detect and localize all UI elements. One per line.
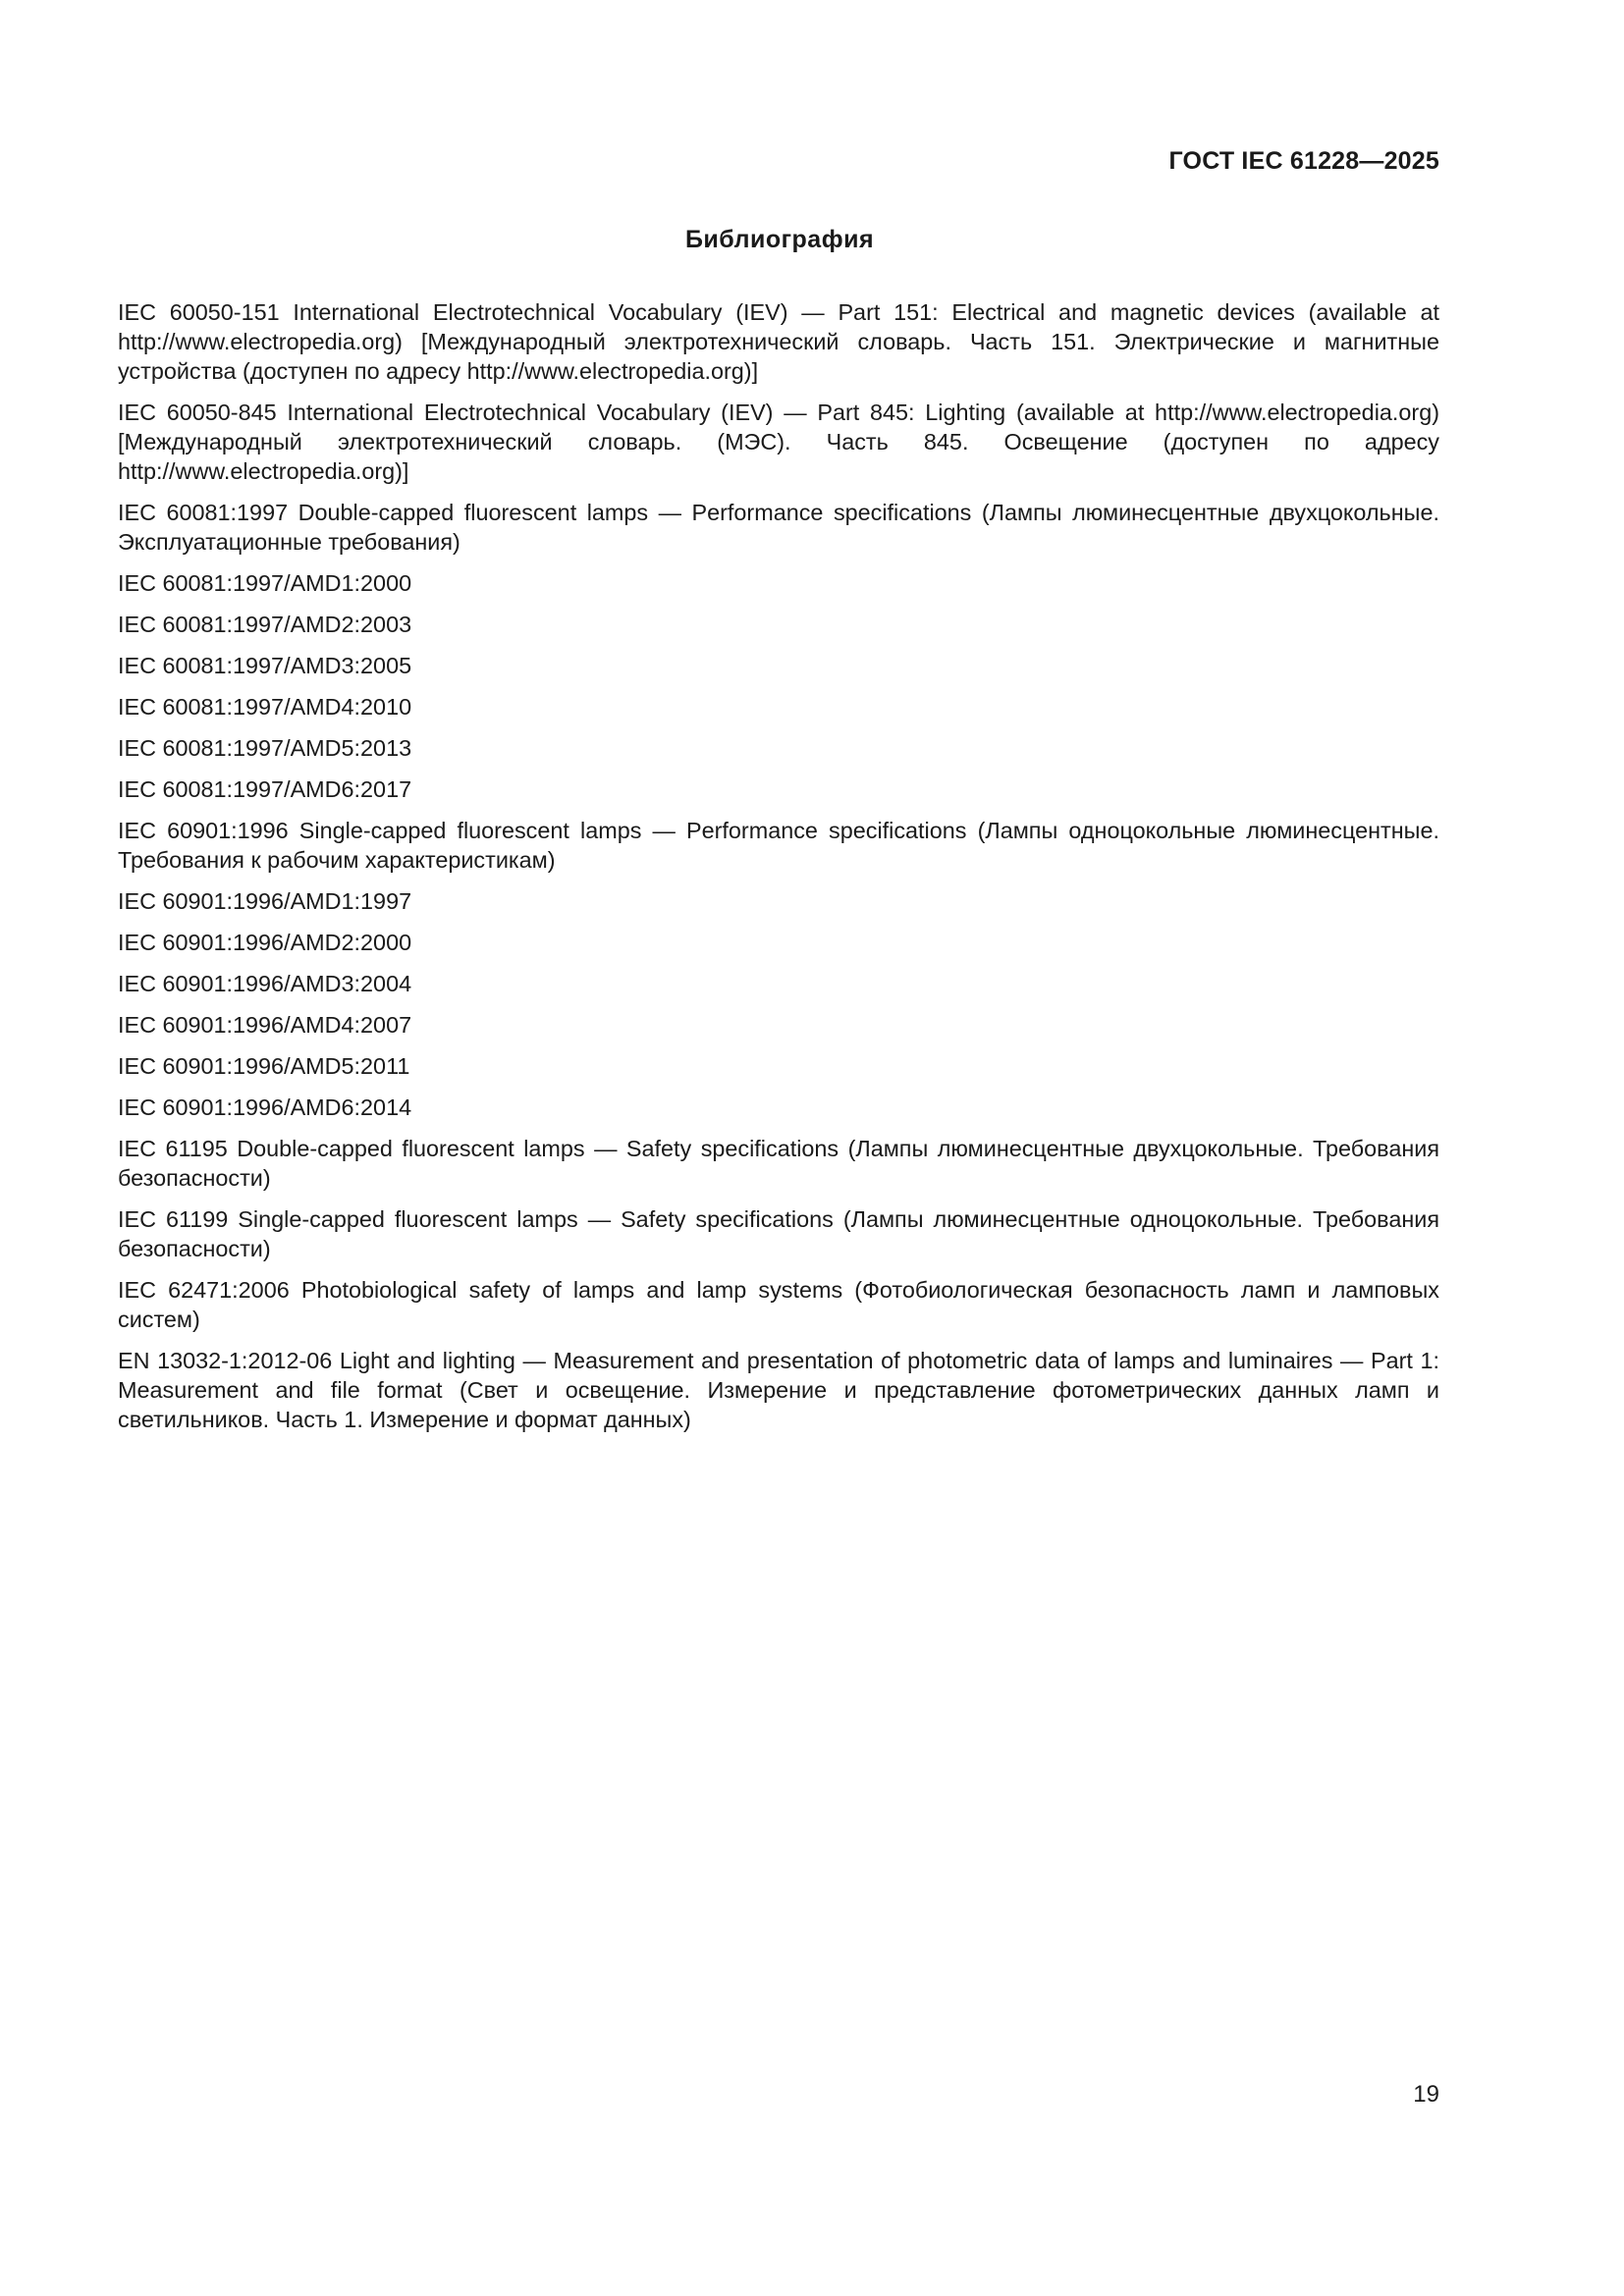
bibliography-entry: IEC 60901:1996/AMD4:2007 (118, 1010, 1439, 1040)
bibliography-entry: IEC 60901:1996 Single-capped fluorescent… (118, 816, 1439, 875)
bibliography-entry: IEC 60901:1996/AMD1:1997 (118, 886, 1439, 916)
bibliography-entry: IEC 60081:1997 Double-capped fluorescent… (118, 498, 1439, 557)
bibliography-entry: IEC 60081:1997/AMD3:2005 (118, 651, 1439, 680)
bibliography-entry: IEC 60901:1996/AMD6:2014 (118, 1093, 1439, 1122)
bibliography-entry: IEC 61195 Double-capped fluorescent lamp… (118, 1134, 1439, 1193)
standard-designation: ГОСТ IEC 61228—2025 (1169, 147, 1440, 176)
bibliography-entry: IEC 60081:1997/AMD1:2000 (118, 568, 1439, 598)
bibliography-entry: IEC 61199 Single-capped fluorescent lamp… (118, 1204, 1439, 1263)
bibliography-entry: IEC 60901:1996/AMD2:2000 (118, 928, 1439, 957)
bibliography-entry: IEC 60081:1997/AMD5:2013 (118, 733, 1439, 763)
bibliography-entry: IEC 60901:1996/AMD3:2004 (118, 969, 1439, 998)
page-title: Библиография (0, 226, 1559, 254)
bibliography-entry: EN 13032-1:2012-06 Light and lighting — … (118, 1346, 1439, 1434)
bibliography-entry: IEC 60050-845 International Electrotechn… (118, 398, 1439, 486)
page-number: 19 (1413, 2081, 1439, 2109)
bibliography-entry: IEC 62471:2006 Photobiological safety of… (118, 1275, 1439, 1334)
bibliography-list: IEC 60050-151 International Electrotechn… (118, 297, 1439, 1446)
bibliography-entry: IEC 60081:1997/AMD2:2003 (118, 610, 1439, 639)
bibliography-entry: IEC 60050-151 International Electrotechn… (118, 297, 1439, 386)
bibliography-entry: IEC 60081:1997/AMD4:2010 (118, 692, 1439, 721)
bibliography-entry: IEC 60901:1996/AMD5:2011 (118, 1051, 1439, 1081)
bibliography-entry: IEC 60081:1997/AMD6:2017 (118, 774, 1439, 804)
